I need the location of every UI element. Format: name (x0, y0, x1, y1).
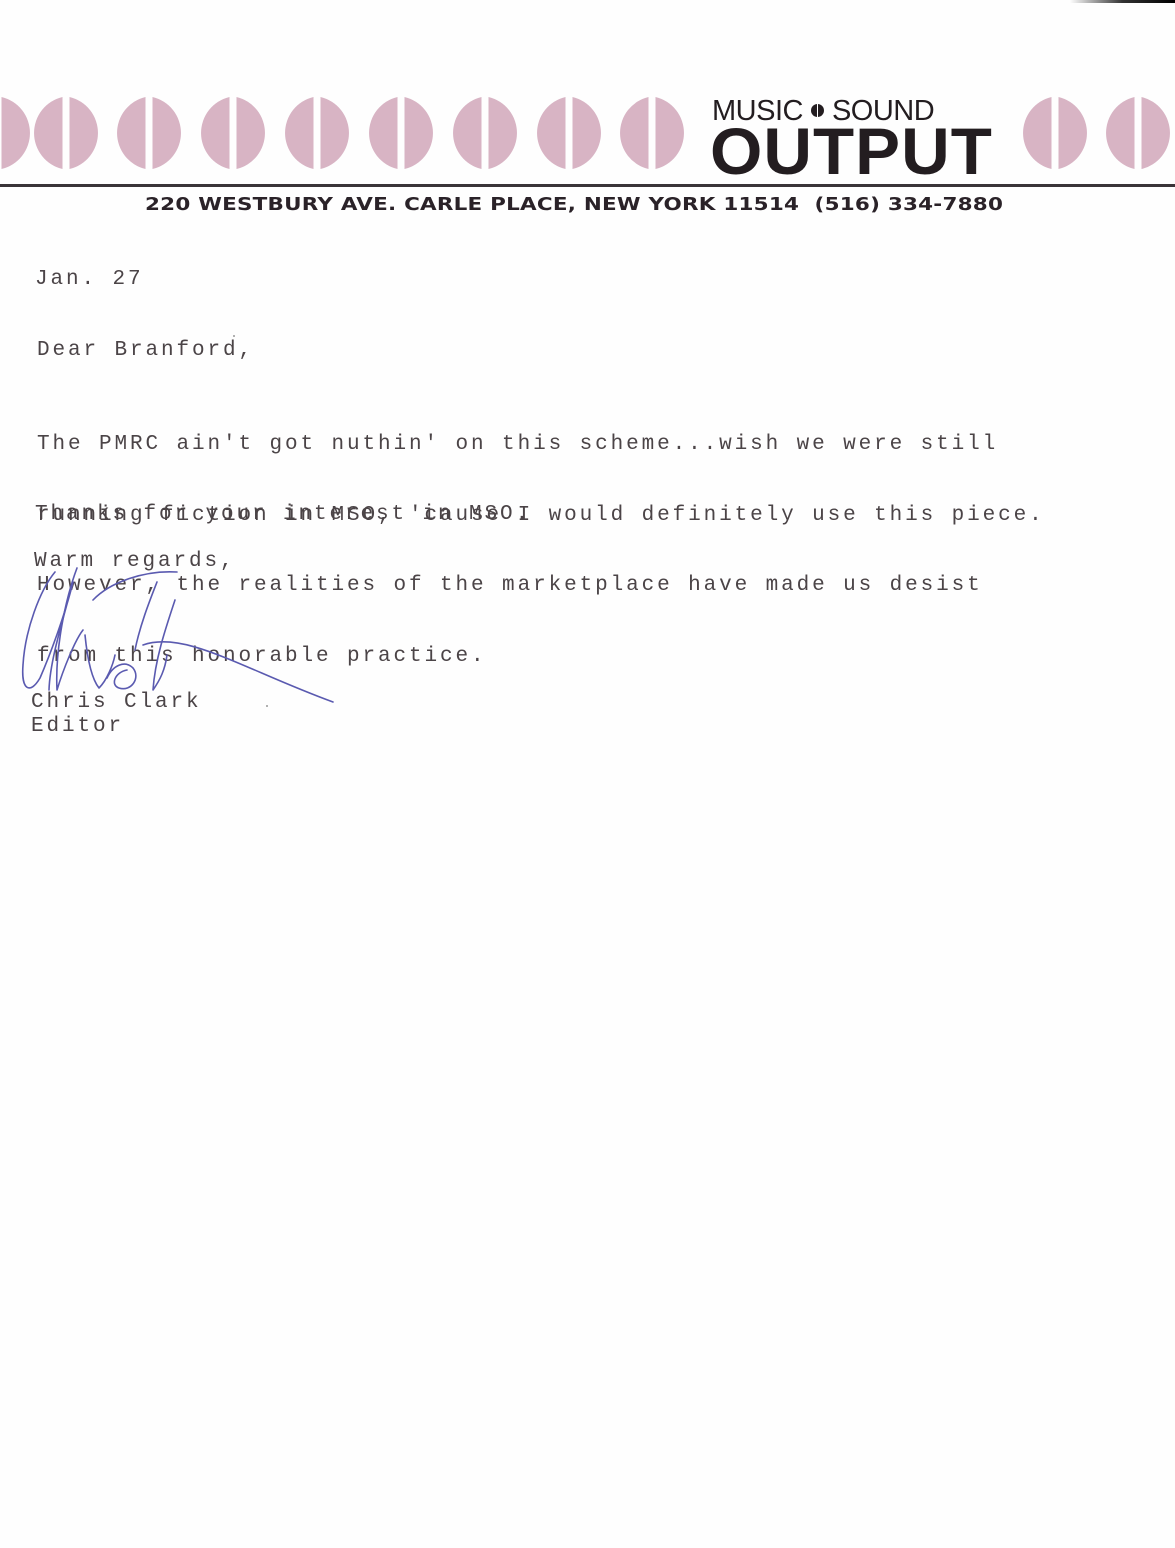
split-circle-right-half (2, 97, 30, 169)
body-line: The PMRC ain't got nuthin' on this schem… (37, 433, 1045, 457)
split-circle-right-half (573, 97, 601, 169)
split-circle-right-half (405, 97, 433, 169)
split-circle-left-half (285, 97, 313, 169)
signer-title: Editor (31, 715, 124, 739)
scan-speck (233, 335, 235, 337)
split-circle-right-half (1059, 97, 1087, 169)
letter-page: MUSICSOUND OUTPUT 220 WESTBURY AVE. CARL… (0, 0, 1175, 1548)
logo-title: OUTPUT (710, 118, 993, 184)
split-circle-right-half (321, 97, 349, 169)
split-circle-right-half (656, 97, 684, 169)
scan-speck (266, 705, 268, 707)
split-circle-left-half (201, 97, 229, 169)
thanks-line: Thanks for your interest in MSO. (35, 503, 531, 527)
split-circle-left-half (453, 97, 481, 169)
split-circle-right-half (237, 97, 265, 169)
split-circle-left-half (537, 97, 565, 169)
address-line: 220 WESTBURY AVE. CARLE PLACE, NEW YORK … (145, 193, 1003, 216)
split-circle-left-half (1023, 97, 1051, 169)
split-circle-left-half (117, 97, 145, 169)
signer-name: Chris Clark (31, 691, 202, 715)
closing: Warm regards, (34, 550, 236, 574)
split-circle-right-half (1142, 97, 1170, 169)
salutation: Dear Branford, (37, 339, 254, 363)
logo: MUSICSOUND OUTPUT (710, 96, 1010, 178)
split-circle-left-half (1106, 97, 1134, 169)
body-line: However, the realities of the marketplac… (37, 574, 1045, 598)
split-circle-right-half (489, 97, 517, 169)
split-circle-right-half (70, 97, 98, 169)
body-line: from this honorable practice. (37, 645, 1045, 669)
letter-date: Jan. 27 (35, 268, 144, 292)
split-circle-right-half (153, 97, 181, 169)
split-circle-left-half (34, 97, 62, 169)
split-circle-left-half (369, 97, 397, 169)
letterhead-divider (0, 184, 1175, 187)
letterhead: MUSICSOUND OUTPUT 220 WESTBURY AVE. CARL… (0, 0, 1175, 230)
split-circle-left-half (620, 97, 648, 169)
